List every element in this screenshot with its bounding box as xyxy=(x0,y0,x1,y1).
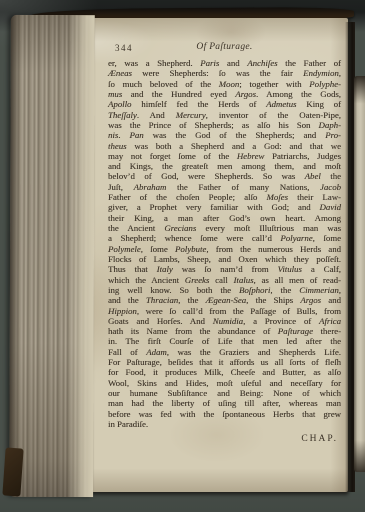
text-line: Theſſaly. And Mercury, inventor of the O… xyxy=(108,110,341,120)
text-line: mus and the Hundred eyed Argos. Among th… xyxy=(108,89,341,99)
text-line: Polymele, ſome Polybute, from the numero… xyxy=(108,244,341,254)
text-line: er, was a Shepherd. Paris and Anchiſes t… xyxy=(108,58,341,68)
text-line: Goats and Horſes. And Numidia, a Provinc… xyxy=(108,316,341,326)
text-line: Father of the choſen People; alſo Moſes … xyxy=(108,192,341,202)
text-line: theus was both a Shepherd and a God: and… xyxy=(108,141,341,151)
text-column: 344 Of Paſturage. er, was a Shepherd. Pa… xyxy=(108,42,341,444)
page-number: 344 xyxy=(115,43,133,53)
text-line: Flocks of Lambs, Sheep, and Oxen which t… xyxy=(108,254,341,264)
text-line: before was fed with the ſpontaneous Herb… xyxy=(108,409,341,419)
text-line: in Paradiſe. xyxy=(108,419,341,429)
text-line: Juſt, Abraham the Father of many Nations… xyxy=(108,182,341,192)
text-line: which the Ancient Greeks call Italus, as… xyxy=(108,275,341,285)
text-line: for Food, it produces Milk, Cheeſe and B… xyxy=(108,367,341,377)
text-line: belov’d of God, were Shepherds. So was A… xyxy=(108,171,341,181)
running-title: Of Paſturage. xyxy=(108,42,341,52)
body-text: er, was a Shepherd. Paris and Anchiſes t… xyxy=(108,58,341,429)
page-header: 344 Of Paſturage. xyxy=(108,42,341,56)
text-line: the Ancient Grecians every moſt Illuſtri… xyxy=(108,223,341,233)
text-line: Thus that Italy was ſo nam’d from Vitulu… xyxy=(108,264,341,274)
binding-corner-bottom-left xyxy=(2,447,23,496)
text-line: a Shepherd; whence ſome were call’d Poly… xyxy=(108,233,341,243)
text-line: Wool, Skins and Hides, moſt uſeful and n… xyxy=(108,378,341,388)
page-stack-fore-edge xyxy=(9,15,95,497)
text-line: nis. Pan was the God of the Shepherds; a… xyxy=(108,130,341,140)
text-line: Fall of Adam, was the Graziers and Sheph… xyxy=(108,347,341,357)
text-line: hath its Name from the abundance of Paſt… xyxy=(108,326,341,336)
text-line: Apollo himſelf fed the Herds of Admetus … xyxy=(108,99,341,109)
text-line: in. The firſt Courſe of Life that men le… xyxy=(108,336,341,346)
text-line: may not forget ſome of the Hebrew Patria… xyxy=(108,151,341,161)
text-line: Hippion, were ſo call’d from the Paſſage… xyxy=(108,306,341,316)
adjacent-page-edge xyxy=(354,76,365,472)
text-line: ing well know. So both the Boſphori, the… xyxy=(108,285,341,295)
book-page: 344 Of Paſturage. er, was a Shepherd. Pa… xyxy=(56,18,348,492)
catchword: CHAP. xyxy=(108,434,341,444)
text-line: our humane Subſiſtance and Being: None o… xyxy=(108,388,341,398)
text-line: man had the liberty of uſing till after,… xyxy=(108,398,341,408)
text-line: ſo much beloved of the Moon; together wi… xyxy=(108,79,341,89)
text-line: and Kings, the greateſt men among them, … xyxy=(108,161,341,171)
scanned-book-photo: 344 Of Paſturage. er, was a Shepherd. Pa… xyxy=(0,0,365,512)
text-line: was the Prince of Shepherds; as alſo his… xyxy=(108,120,341,130)
text-line: For Paſturage, beſides that it affords u… xyxy=(108,357,341,367)
text-line: their King, a man after God’s own heart.… xyxy=(108,213,341,223)
text-line: giver, a Prophet very familiar with God;… xyxy=(108,202,341,212)
text-line: and the Thracian, the Ægean-Sea, the Shi… xyxy=(108,295,341,305)
text-line: Æneas were Shepherds: ſo was the fair En… xyxy=(108,68,341,78)
